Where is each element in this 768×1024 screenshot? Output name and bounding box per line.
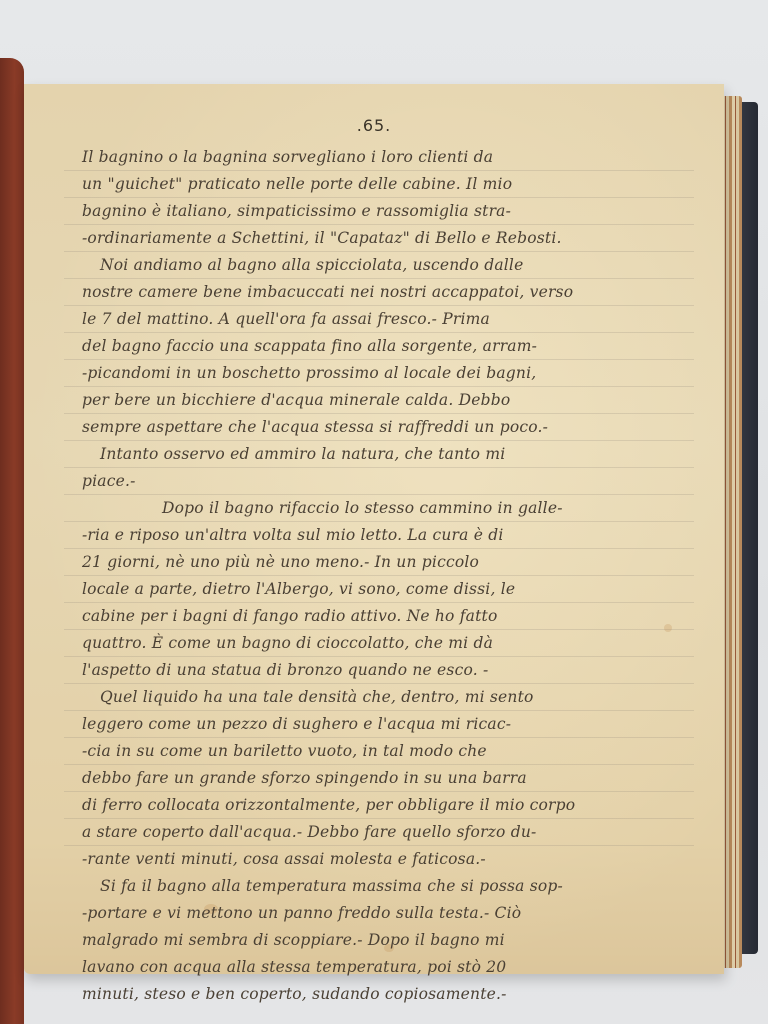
text-line: a stare coperto dall'acqua.- Debbo fare … bbox=[82, 819, 712, 846]
text-line: minuti, steso e ben coperto, sudando cop… bbox=[82, 981, 712, 1008]
handwritten-text: Il bagnino o la bagnina sorvegliano i lo… bbox=[82, 144, 712, 1008]
text-line: -ria e riposo un'altra volta sul mio let… bbox=[82, 522, 712, 549]
text-line: Il bagnino o la bagnina sorvegliano i lo… bbox=[82, 144, 712, 171]
text-line: debbo fare un grande sforzo spingendo in… bbox=[82, 765, 712, 792]
text-line: nostre camere bene imbacuccati nei nostr… bbox=[82, 279, 712, 306]
text-line: locale a parte, dietro l'Albergo, vi son… bbox=[82, 576, 712, 603]
text-line: per bere un bicchiere d'acqua minerale c… bbox=[82, 387, 712, 414]
text-line: quattro. È come un bagno di cioccolatto,… bbox=[82, 630, 712, 657]
notebook-page: .65. Il bagnino o la bagnina sorvegliano… bbox=[24, 84, 724, 974]
text-line: un "guichet" praticato nelle porte delle… bbox=[82, 171, 712, 198]
book-cover-left bbox=[0, 58, 24, 1024]
text-line: cabine per i bagni di fango radio attivo… bbox=[82, 603, 712, 630]
text-line: Intanto osservo ed ammiro la natura, che… bbox=[82, 441, 712, 468]
text-line: del bagno faccio una scappata fino alla … bbox=[82, 333, 712, 360]
text-line: Noi andiamo al bagno alla spicciolata, u… bbox=[82, 252, 712, 279]
text-line: -rante venti minuti, cosa assai molesta … bbox=[82, 846, 712, 873]
text-line: -cia in su come un bariletto vuoto, in t… bbox=[82, 738, 712, 765]
text-line: Si fa il bagno alla temperatura massima … bbox=[82, 873, 712, 900]
text-line: l'aspetto di una statua di bronzo quando… bbox=[82, 657, 712, 684]
text-line: -picandomi in un boschetto prossimo al l… bbox=[82, 360, 712, 387]
page-number: .65. bbox=[24, 116, 724, 135]
text-line: di ferro collocata orizzontalmente, per … bbox=[82, 792, 712, 819]
text-line: lavano con acqua alla stessa temperatura… bbox=[82, 954, 712, 981]
text-line: Dopo il bagno rifaccio lo stesso cammino… bbox=[82, 495, 712, 522]
text-line: leggero come un pezzo di sughero e l'acq… bbox=[82, 711, 712, 738]
text-line: bagnino è italiano, simpaticissimo e ras… bbox=[82, 198, 712, 225]
text-line: piace.- bbox=[82, 468, 712, 495]
text-line: le 7 del mattino. A quell'ora fa assai f… bbox=[82, 306, 712, 333]
text-line: Quel liquido ha una tale densità che, de… bbox=[82, 684, 712, 711]
text-line: -portare e vi mettono un panno freddo su… bbox=[82, 900, 712, 927]
text-line: 21 giorni, nè uno più nè uno meno.- In u… bbox=[82, 549, 712, 576]
text-line: -ordinariamente a Schettini, il "Capataz… bbox=[82, 225, 712, 252]
text-line: malgrado mi sembra di scoppiare.- Dopo i… bbox=[82, 927, 712, 954]
text-line: sempre aspettare che l'acqua stessa si r… bbox=[82, 414, 712, 441]
